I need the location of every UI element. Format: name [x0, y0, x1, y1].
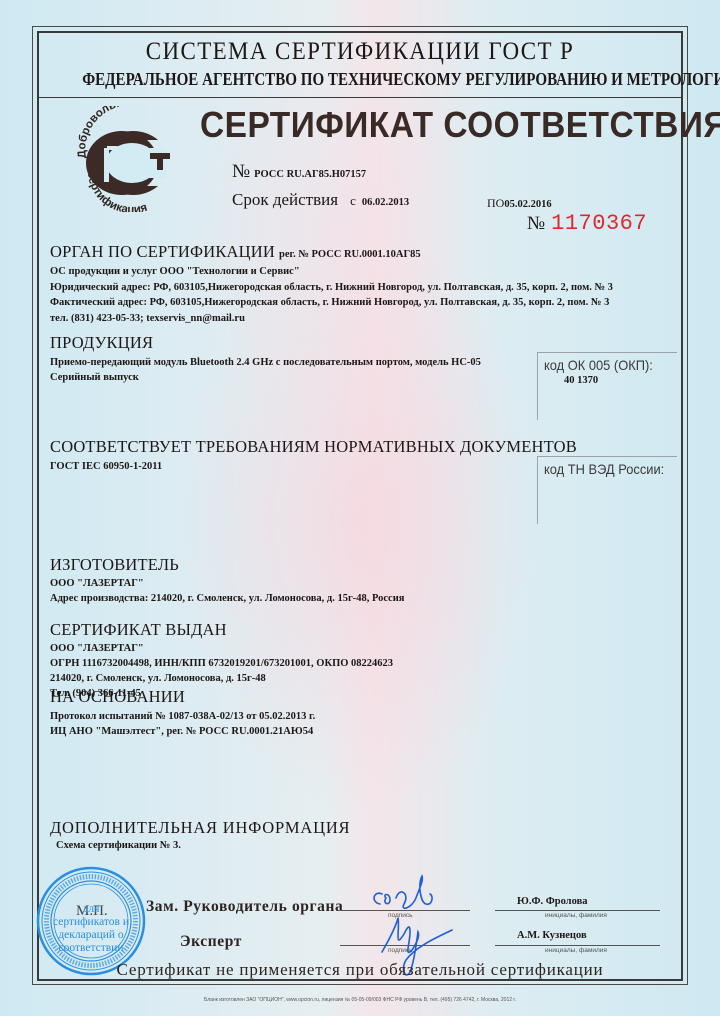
product-release-type: Серийный выпуск: [50, 370, 481, 385]
testing-center: ИЦ АНО "Машэлтест", рег. № РОСС RU.0001.…: [50, 724, 315, 739]
conformity-heading: СООТВЕТСТВУЕТ ТРЕБОВАНИЯМ НОРМАТИВНЫХ ДО…: [50, 437, 577, 457]
agency-title: ФЕДЕРАЛЬНОЕ АГЕНТСТВО ПО ТЕХНИЧЕСКОМУ РЕ…: [82, 69, 638, 90]
tnved-code-label: код ТН ВЭД России:: [544, 461, 666, 477]
head-name: Ю.Ф. Фролова: [517, 896, 588, 907]
valid-to-date: 05.02.2016: [504, 199, 551, 210]
head-of-body-label: Зам. Руководитель органа: [146, 898, 343, 916]
certification-body-reg-number: рег. № РОСС RU.0001.10АГ85: [279, 249, 421, 260]
validity-row: Срок действияс06.02.2013: [232, 190, 409, 210]
registration-number-row: №РОСС RU.АГ85.Н07157: [232, 161, 366, 183]
stamp-line: соответствии: [36, 942, 146, 955]
expert-name-caption: инициалы, фамилия: [545, 947, 607, 954]
stamp-line: для: [36, 903, 146, 916]
issued-to-name: ООО "ЛАЗЕРТАГ": [50, 641, 393, 656]
issued-to-address: 214020, г. Смоленск, ул. Ломоносова, д. …: [50, 671, 393, 686]
certification-body-section: ОРГАН ПО СЕРТИФИКАЦИИрег. № РОСС RU.0001…: [50, 242, 421, 262]
document-title: СЕРТИФИКАТ СООТВЕТСТВИЯ: [200, 104, 720, 146]
stamp-text: для сертификатов и деклараций о соответс…: [36, 903, 146, 955]
okp-code-box: код ОК 005 (ОКП): 40 1370: [537, 352, 677, 420]
print-info: Бланк изготовлен ЗАО "ОПЦИОН", www.opcio…: [37, 997, 683, 1003]
head-name-line: [495, 910, 660, 911]
issued-to-heading: СЕРТИФИКАТ ВЫДАН: [50, 620, 227, 640]
additional-info-heading: ДОПОЛНИТЕЛЬНАЯ ИНФОРМАЦИЯ: [50, 818, 350, 838]
manufacturer-name: ООО "ЛАЗЕРТАГ": [50, 576, 404, 591]
header-divider: [37, 97, 683, 98]
footer-note: Сертификат не применяется при обязательн…: [37, 960, 683, 980]
expert-name: А.М. Кузнецов: [517, 930, 587, 941]
valid-to: по05.02.2016: [487, 196, 552, 211]
blank-serial-row: №1170367: [527, 211, 647, 236]
manufacturer-address: Адрес производства: 214020, г. Смоленск,…: [50, 591, 404, 606]
okp-code-label: код ОК 005 (ОКП):: [544, 357, 666, 373]
actual-address: Фактический адрес: РФ, 603105,Нижегородс…: [50, 295, 613, 311]
valid-from-label: с: [350, 193, 356, 208]
certification-body-heading: ОРГАН ПО СЕРТИФИКАЦИИ: [50, 242, 275, 261]
certification-body-name: ОС продукции и услуг ООО "Технологии и С…: [50, 264, 613, 280]
manufacturer-details: ООО "ЛАЗЕРТАГ" Адрес производства: 21402…: [50, 576, 404, 606]
legal-address: Юридический адрес: РФ, 603105,Нижегородс…: [50, 280, 613, 296]
certification-body-details: ОС продукции и услуг ООО "Технологии и С…: [50, 264, 613, 326]
head-name-caption: инициалы, фамилия: [545, 912, 607, 919]
okp-code-value: 40 1370: [564, 375, 677, 386]
expert-name-line: [495, 945, 660, 946]
stamp-line: деклараций о: [36, 929, 146, 942]
product-description: Приемо-передающий модуль Bluetooth 2.4 G…: [50, 355, 481, 370]
expert-label: Эксперт: [180, 933, 242, 951]
system-title: СИСТЕМА СЕРТИФИКАЦИИ ГОСТ Р: [63, 38, 657, 66]
test-protocol: Протокол испытаний № 1087-038А-02/13 от …: [50, 709, 315, 724]
blank-serial-number: 1170367: [551, 211, 647, 236]
number-sign: №: [527, 213, 545, 234]
stamp-line: сертификатов и: [36, 916, 146, 929]
valid-to-label: по: [487, 196, 504, 210]
conformity-standard: ГОСТ IEC 60950-1-2011: [50, 459, 162, 474]
contact-info: тел. (831) 423-05-33; texservis_nn@mail.…: [50, 311, 613, 327]
tnved-code-box: код ТН ВЭД России:: [537, 456, 677, 524]
valid-from-date: 06.02.2013: [362, 197, 409, 208]
validity-label: Срок действия: [232, 190, 338, 209]
product-details: Приемо-передающий модуль Bluetooth 2.4 G…: [50, 355, 481, 385]
rst-voluntary-certification-logo: Добровольная сертификация: [74, 106, 186, 212]
certification-scheme: Схема сертификации № 3.: [56, 838, 181, 853]
issued-to-registration: ОГРН 1116732004498, ИНН/КПП 6732019201/6…: [50, 656, 393, 671]
basis-details: Протокол испытаний № 1087-038А-02/13 от …: [50, 709, 315, 739]
manufacturer-heading: ИЗГОТОВИТЕЛЬ: [50, 555, 179, 575]
basis-heading: НА ОСНОВАНИИ: [50, 687, 185, 707]
number-sign: №: [232, 161, 250, 182]
registration-number: РОСС RU.АГ85.Н07157: [254, 169, 366, 180]
product-heading: ПРОДУКЦИЯ: [50, 333, 153, 353]
